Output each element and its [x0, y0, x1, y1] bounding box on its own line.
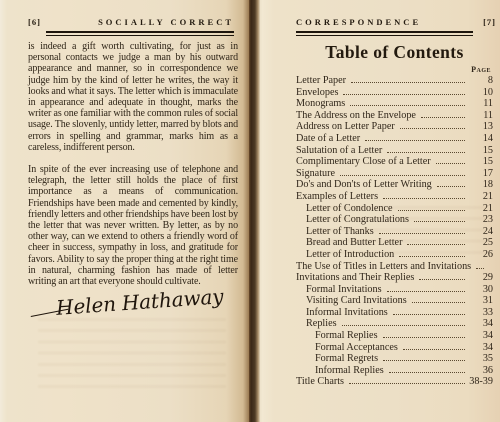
toc-entry-page: 21	[469, 191, 493, 202]
toc-dot-leader	[379, 233, 465, 234]
toc-entry-label: Title Charts	[296, 376, 344, 387]
toc-entry-page: 14	[469, 133, 493, 144]
left-body-text: is indeed a gift worth cultivating, for …	[28, 41, 238, 308]
toc-entry: Informal Invitations 33	[296, 307, 493, 319]
toc-entry-page: 31	[469, 295, 493, 306]
toc-dot-leader	[419, 279, 465, 280]
toc-entry: Salutation of a Letter 15	[296, 145, 493, 157]
toc-entry: Title Charts 38-39	[296, 376, 493, 388]
toc-entry-page: 30	[469, 284, 493, 295]
toc-entry: Letter of Congratulations 23	[296, 214, 493, 226]
right-header-rule	[296, 31, 473, 33]
toc-entry: Address on Letter Paper 13	[296, 121, 493, 133]
left-page: [6] Socially Correct is indeed a gift wo…	[0, 0, 249, 422]
toc-dot-leader	[383, 198, 465, 199]
toc-dot-leader	[403, 349, 465, 350]
toc-dot-leader	[349, 383, 465, 384]
toc-entry: Bread and Butter Letter 25	[296, 237, 493, 249]
toc-list: Letter Paper 8 Envelopes 10 Monograms 11…	[296, 75, 493, 388]
toc-entry-label: Letter of Introduction	[306, 249, 394, 260]
toc-page-column-label: Page	[296, 65, 491, 74]
toc-entry-page: 11	[469, 98, 493, 109]
toc-entry-page: 11	[469, 110, 493, 121]
toc-entry: Informal Replies 36	[296, 365, 493, 377]
author-signature: Helen Hathaway	[56, 291, 224, 314]
toc-entry-label: Do's and Don'ts of Letter Writing	[296, 179, 432, 190]
toc-entry-page: 29	[469, 272, 493, 283]
toc-entry-page: 18	[469, 179, 493, 190]
left-page-header: [6] Socially Correct	[28, 17, 234, 27]
toc-entry-label: Bread and Butter Letter	[306, 237, 402, 248]
toc-dot-leader	[407, 244, 465, 245]
toc-dot-leader	[340, 175, 465, 176]
toc-entry: Replies 34	[296, 318, 493, 330]
toc-entry-page: 10	[469, 87, 493, 98]
toc-entry-label: Date of a Letter	[296, 133, 360, 144]
toc-dot-leader	[400, 128, 465, 129]
toc-entry-page: 13	[469, 121, 493, 132]
toc-entry: Letter of Introduction 26	[296, 249, 493, 261]
toc-entry-page: 8	[469, 75, 493, 86]
left-header-rule	[46, 31, 234, 33]
toc-entry: Letter Paper 8	[296, 75, 493, 87]
bleedthrough-ghost	[38, 318, 226, 392]
toc-title: Table of Contents	[296, 42, 493, 62]
toc-entry-label: Salutation of a Letter	[296, 145, 382, 156]
toc-entry: Do's and Don'ts of Letter Writing 18	[296, 179, 493, 191]
toc-entry: The Address on the Envelope 11	[296, 110, 493, 122]
toc-entry: Formal Replies 34	[296, 330, 493, 342]
toc-dot-leader	[387, 152, 465, 153]
toc-entry: Examples of Letters 21	[296, 191, 493, 203]
book-spread: [6] Socially Correct is indeed a gift wo…	[0, 0, 500, 422]
toc-entry-label: Formal Regrets	[315, 353, 378, 364]
toc-entry-label: Signature	[296, 168, 335, 179]
toc-entry-label: Informal Replies	[315, 365, 384, 376]
left-running-head: Socially Correct	[98, 17, 234, 27]
toc-entry-label: Visiting Card Invitations	[306, 295, 407, 306]
toc-entry-page: 15	[469, 156, 493, 167]
body-paragraph-2: In spite of the ever increasing use of t…	[28, 164, 238, 287]
toc-entry: Visiting Card Invitations 31	[296, 295, 493, 307]
toc-dot-leader	[343, 94, 465, 95]
toc-entry-label: Address on Letter Paper	[296, 121, 395, 132]
toc-dot-leader	[350, 105, 465, 106]
toc-entry-page: 35	[469, 353, 493, 364]
toc-entry-page: 23	[469, 214, 493, 225]
toc-entry-label: Letter of Thanks	[306, 226, 374, 237]
toc-entry: Signature 17	[296, 168, 493, 180]
toc-entry-label: Envelopes	[296, 87, 338, 98]
body-paragraph-1: is indeed a gift worth cultivating, for …	[28, 41, 238, 153]
toc-entry-page: 21	[469, 203, 493, 214]
toc-entry-page: 34	[469, 342, 493, 353]
toc-entry-label: Examples of Letters	[296, 191, 378, 202]
toc-dot-leader	[421, 117, 465, 118]
toc-entry: Date of a Letter 14	[296, 133, 493, 145]
toc-entry: Formal Regrets 35	[296, 353, 493, 365]
toc-entry-label: The Address on the Envelope	[296, 110, 416, 121]
toc-dot-leader	[414, 221, 465, 222]
toc-entry: Formal Acceptances 34	[296, 342, 493, 354]
toc-dot-leader	[399, 256, 465, 257]
toc-entry-label: Letter of Condolence	[306, 203, 393, 214]
toc-entry-page: 28	[488, 261, 500, 272]
toc-entry-label: Letter of Congratulations	[306, 214, 409, 225]
right-running-head: Correspondence	[296, 17, 421, 27]
toc-dot-leader	[412, 302, 465, 303]
toc-entry-label: Letter Paper	[296, 75, 346, 86]
toc-entry-page: 33	[469, 307, 493, 318]
toc-entry-label: Formal Acceptances	[315, 342, 398, 353]
toc-dot-leader	[437, 186, 465, 187]
toc-entry-label: Complimentary Close of a Letter	[296, 156, 431, 167]
toc-entry-page: 38-39	[469, 376, 493, 387]
toc-entry-page: 34	[469, 318, 493, 329]
toc-entry-label: Formal Replies	[315, 330, 378, 341]
toc-entry-label: The Use of Titles in Letters and Invitat…	[296, 261, 471, 272]
toc-entry-label: Monograms	[296, 98, 345, 109]
toc-entry: Letter of Thanks 24	[296, 226, 493, 238]
toc-dot-leader	[365, 140, 465, 141]
right-folio: [7]	[483, 17, 496, 27]
toc-entry-page: 26	[469, 249, 493, 260]
toc-entry-label: Informal Invitations	[306, 307, 388, 318]
left-folio: [6]	[28, 17, 41, 27]
toc-dot-leader	[342, 325, 465, 326]
table-of-contents: Table of Contents Page Letter Paper 8 En…	[296, 42, 493, 388]
toc-entry: Formal Invitations 30	[296, 284, 493, 296]
toc-entry-page: 17	[469, 168, 493, 179]
toc-dot-leader	[351, 82, 465, 83]
toc-dot-leader	[383, 337, 465, 338]
toc-entry-label: Invitations and Their Replies	[296, 272, 414, 283]
toc-entry: Letter of Condolence 21	[296, 203, 493, 215]
toc-entry-page: 24	[469, 226, 493, 237]
toc-dot-leader	[389, 372, 465, 373]
toc-entry-label: Formal Invitations	[306, 284, 382, 295]
toc-dot-leader	[393, 314, 465, 315]
toc-entry-page: 34	[469, 330, 493, 341]
right-page: Correspondence [7] Table of Contents Pag…	[262, 0, 500, 422]
toc-dot-leader	[436, 163, 465, 164]
toc-entry-label: Replies	[306, 318, 337, 329]
toc-dot-leader	[387, 291, 465, 292]
toc-entry: The Use of Titles in Letters and Invitat…	[296, 261, 493, 273]
toc-entry: Complimentary Close of a Letter 15	[296, 156, 493, 168]
right-page-header: Correspondence [7]	[296, 17, 496, 27]
toc-dot-leader	[398, 210, 465, 211]
toc-entry-page: 25	[469, 237, 493, 248]
toc-entry-page: 15	[469, 145, 493, 156]
toc-entry-page: 36	[469, 365, 493, 376]
toc-entry: Envelopes 10	[296, 87, 493, 99]
toc-dot-leader	[476, 268, 484, 269]
toc-dot-leader	[383, 360, 465, 361]
toc-entry: Invitations and Their Replies 29	[296, 272, 493, 284]
toc-entry: Monograms 11	[296, 98, 493, 110]
book-gutter-shadow	[249, 0, 262, 422]
